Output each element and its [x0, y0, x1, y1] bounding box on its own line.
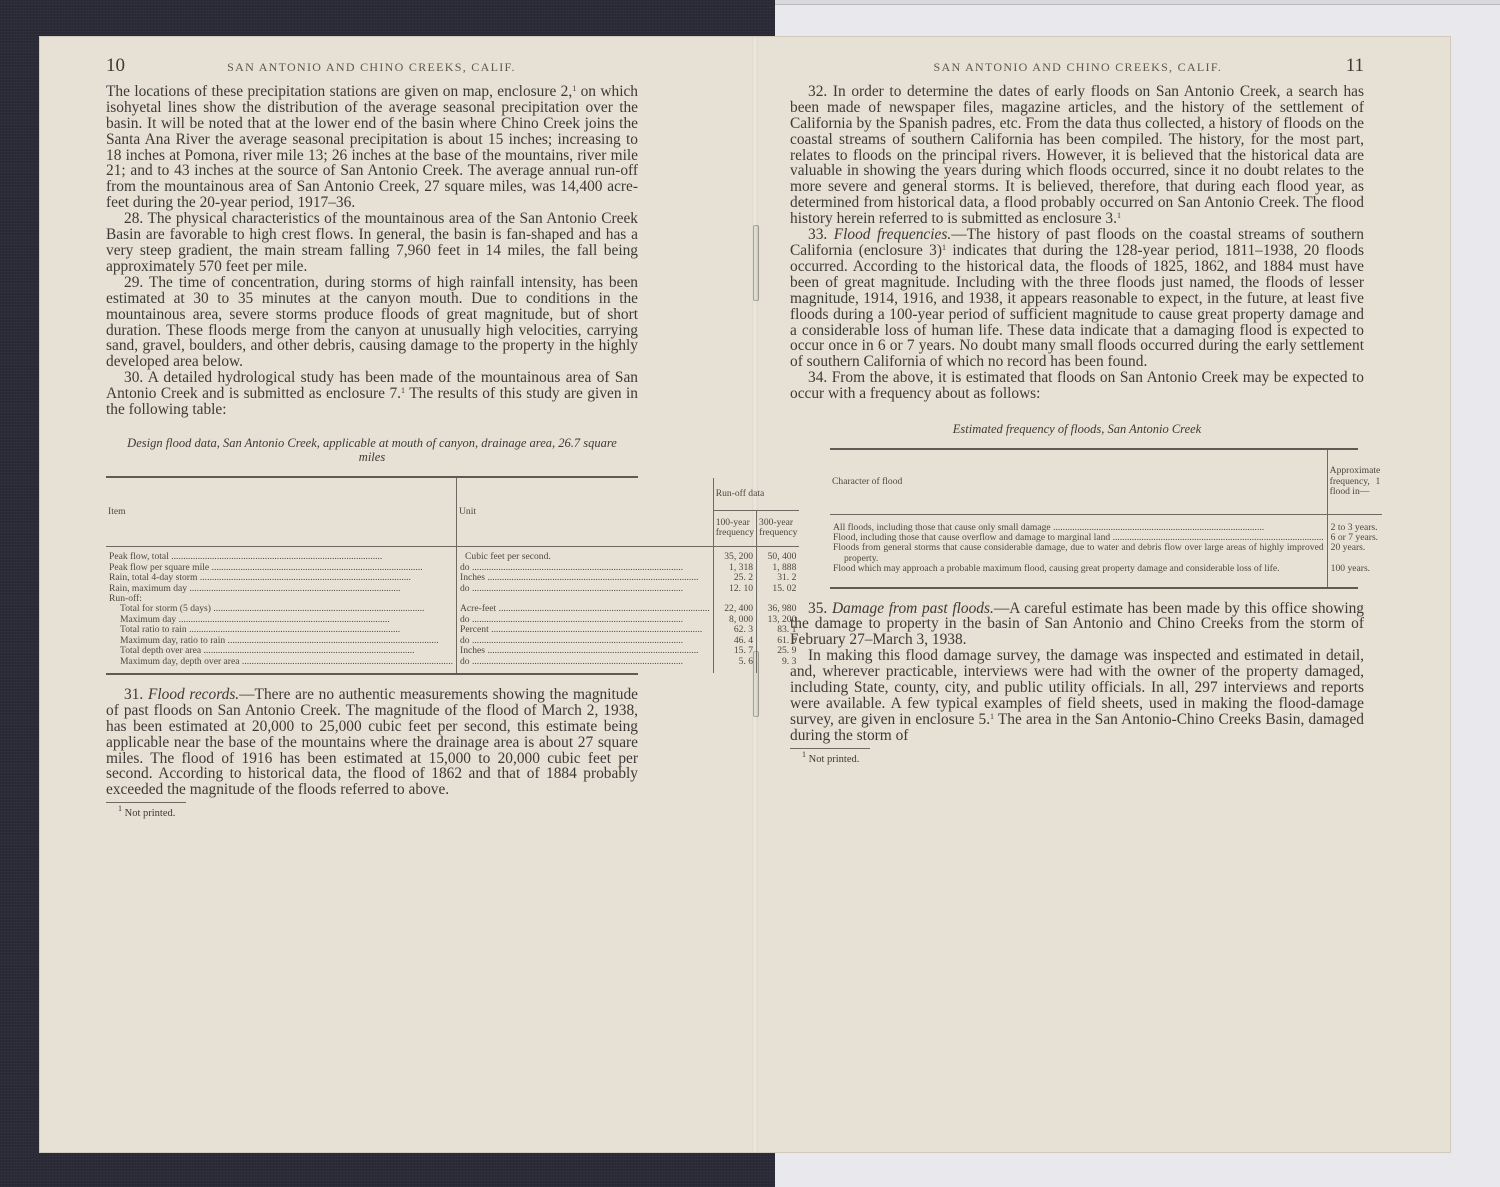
header-character-of-flood: Character of flood — [830, 450, 1327, 515]
table-row: Floods from general storms that cause co… — [830, 543, 1382, 564]
flood-frequency-table: Character of flood Approximate frequency… — [830, 448, 1358, 589]
table-row: Total for storm (5 days)Acre-feet22, 400… — [106, 604, 799, 614]
design-table-caption: Design flood data, San Antonio Creek, ap… — [126, 436, 618, 464]
paragraph-33: 33. Flood frequencies.—The history of pa… — [790, 227, 1364, 370]
frequency-table-caption: Estimated frequency of floods, San Anton… — [810, 422, 1344, 436]
header-approximate-frequency: Approximate frequency, 1 flood in— — [1327, 450, 1382, 515]
table-row: Rain, total 4-day stormInches25. 231. 2 — [106, 573, 799, 583]
header-100-year: 100-year frequency — [713, 510, 756, 546]
table-row: Flood which may approach a probable maxi… — [830, 564, 1382, 574]
paragraph-29: 29. The time of concentration, during st… — [106, 275, 638, 370]
page-number: 11 — [1346, 58, 1364, 74]
right-running-head: SAN ANTONIO AND CHINO CREEKS, CALIF. 11 — [790, 58, 1364, 76]
table-row: Rain, maximum daydo12. 1015. 02 — [106, 584, 799, 594]
table-row: Maximum day, depth over areado5. 69. 3 — [106, 657, 799, 667]
header-item: Item — [106, 478, 457, 547]
paragraph-35: 35. Damage from past floods.—A careful e… — [790, 601, 1364, 649]
table-row: Maximum day, ratio to raindo46. 461. 6 — [106, 636, 799, 646]
footnote: 1 Not printed. — [106, 806, 638, 822]
table-row: Peak flow, totalCubic feet per second.35… — [106, 552, 799, 562]
design-flood-table: Item Unit Run-off data 100-year frequenc… — [106, 476, 638, 675]
page-number: 10 — [106, 58, 125, 74]
white-sheet-edge — [775, 0, 1500, 5]
staple-top — [753, 225, 759, 301]
paragraph-28: 28. The physical characteristics of the … — [106, 211, 638, 275]
footnote: 1 Not printed. — [790, 752, 1364, 768]
running-head-title: SAN ANTONIO AND CHINO CREEKS, CALIF. — [934, 60, 1223, 76]
table-row: All floods, including those that cause o… — [830, 523, 1382, 533]
paragraph-30: 30. A detailed hydrological study has be… — [106, 370, 638, 418]
left-page: 10 SAN ANTONIO AND CHINO CREEKS, CALIF. … — [106, 58, 638, 822]
paragraph-32: 32. In order to determine the dates of e… — [790, 84, 1364, 227]
table-row: Total depth over areaInches15. 725. 9 — [106, 646, 799, 656]
paragraph-36: In making this flood damage survey, the … — [790, 648, 1364, 743]
right-page: SAN ANTONIO AND CHINO CREEKS, CALIF. 11 … — [790, 58, 1364, 768]
footnote-rule — [790, 748, 870, 749]
paragraph-31: 31. Flood records.—There are no authenti… — [106, 687, 638, 798]
footnote-rule — [106, 802, 186, 803]
header-runoff-data: Run-off data — [713, 478, 799, 510]
paragraph-continued: The locations of these precipitation sta… — [106, 84, 638, 211]
table-row: Maximum daydo8, 00013, 200 — [106, 615, 799, 625]
left-running-head: 10 SAN ANTONIO AND CHINO CREEKS, CALIF. — [106, 58, 638, 76]
table-row: Total ratio to rainPercent62. 383. 1 — [106, 625, 799, 635]
paragraph-34: 34. From the above, it is estimated that… — [790, 370, 1364, 402]
table-row: Run-off: — [106, 594, 799, 604]
table-row: Peak flow per square miledo1, 3181, 888 — [106, 563, 799, 573]
header-unit: Unit — [457, 478, 714, 547]
running-head-title: SAN ANTONIO AND CHINO CREEKS, CALIF. — [227, 60, 516, 76]
